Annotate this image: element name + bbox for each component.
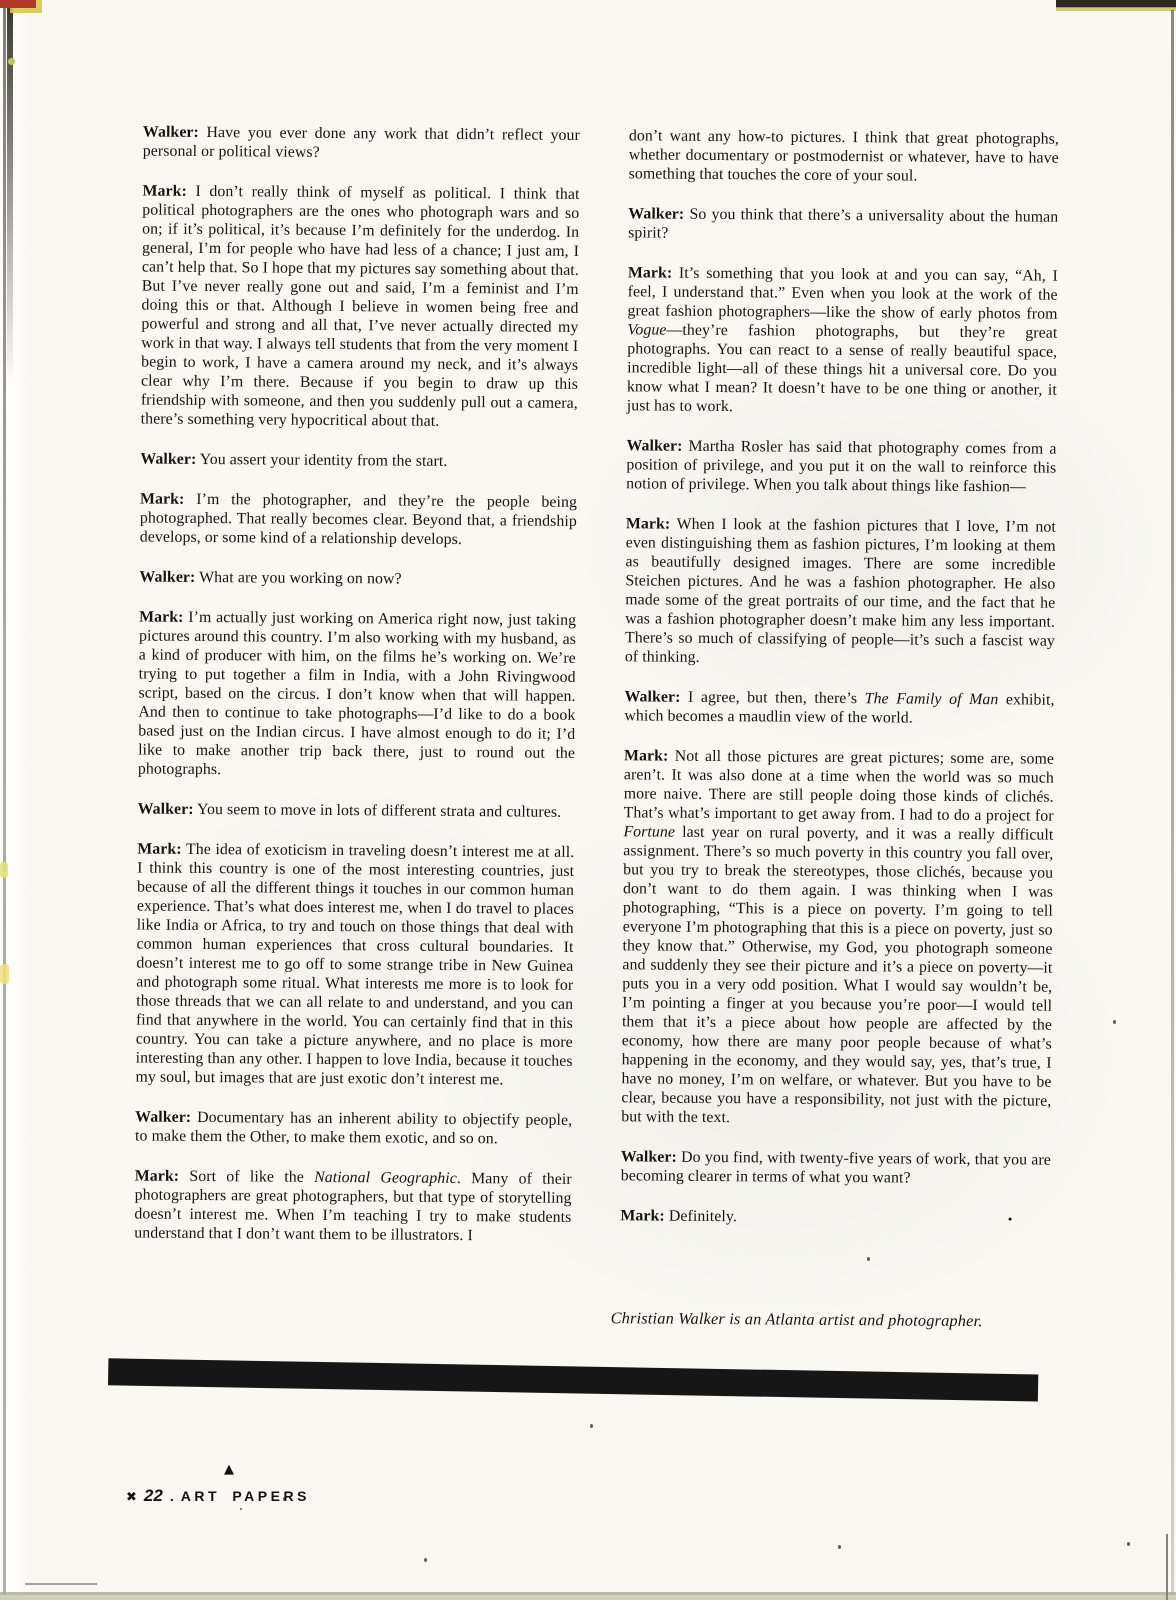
speaker-label: Walker: [139, 568, 195, 585]
author-credit: Christian Walker is an Atlanta artist an… [611, 1308, 1056, 1331]
body-text: —they’re fashion photographs, but they’r… [627, 322, 1058, 416]
dialogue-paragraph: Mark: Sort of like the National Geograph… [134, 1166, 572, 1245]
column-right: don’t want any how-to pictures. I think … [620, 126, 1059, 1249]
body-text: The idea of exoticism in traveling doesn… [135, 841, 574, 1089]
body-text: Have you ever done any work that didn’t … [143, 124, 580, 161]
speaker-label: Mark: [620, 1207, 665, 1224]
speaker-label: Walker: [621, 1148, 677, 1165]
body-text: You seem to move in lots of different st… [194, 801, 562, 821]
body-text: Martha Rosler has said that photography … [626, 438, 1056, 496]
speaker-label: Mark: [135, 1167, 180, 1184]
body-text: Documentary has an inherent ability to o… [135, 1109, 572, 1147]
dialogue-paragraph: Walker: So you think that there’s a univ… [628, 204, 1058, 245]
x-mark-icon: ✖ [126, 1490, 137, 1505]
dialogue-paragraph: Mark: The idea of exoticism in traveling… [135, 839, 574, 1089]
body-text: Not all those pictures are great picture… [624, 748, 1055, 825]
dialogue-paragraph: Walker: You assert your identity from th… [140, 449, 577, 471]
speaker-label: Walker: [624, 688, 680, 705]
speaker-label: Mark: [137, 840, 182, 857]
speaker-label: Mark: [142, 183, 187, 200]
black-divider-bar [108, 1358, 1038, 1401]
body-text: I’m actually just working on America rig… [138, 609, 576, 778]
dialogue-paragraph: Mark: When I look at the fashion picture… [625, 514, 1056, 669]
speaker-label: Mark: [139, 608, 184, 625]
body-text: You assert your identity from the start. [196, 451, 447, 470]
dialogue-paragraph: Mark: Definitely.• [620, 1206, 1050, 1228]
speaker-label: Walker: [135, 1108, 191, 1125]
body-text: I don’t really think of myself as politi… [141, 183, 580, 430]
scan-bottom-right-edge [1166, 1534, 1168, 1600]
body-text: So you think that there’s a universality… [628, 206, 1058, 242]
body-text: When I look at the fashion pictures that… [625, 516, 1056, 666]
speaker-label: Mark: [140, 490, 185, 507]
body-text: Sort of like the [179, 1168, 314, 1186]
dialogue-paragraph: Walker: You seem to move in lots of diff… [138, 799, 575, 821]
speaker-label: Walker: [138, 800, 194, 817]
body-text: don’t want any how-to pictures. I think … [629, 127, 1059, 184]
dialogue-paragraph: Mark: Not all those pictures are great p… [621, 746, 1054, 1129]
italic-title-text: Fortune [623, 823, 675, 840]
speaker-label: Walker: [626, 437, 682, 454]
dialogue-paragraph: Mark: I don’t really think of myself as … [141, 182, 580, 432]
dialogue-paragraph: Mark: I’m actually just working on Ameri… [138, 607, 576, 781]
footer: ✖ 22 . ART PAPERS [126, 1486, 310, 1506]
speaker-label: Mark: [624, 747, 669, 764]
body-text: What are you working on now? [195, 569, 401, 588]
italic-title-text: The Family of Man [865, 690, 999, 708]
italic-title-text: National Geographic [314, 1169, 457, 1187]
triangle-icon: ▲ [224, 1462, 234, 1477]
scanned-page: Walker: Have you ever done any work that… [0, 0, 1176, 1600]
speaker-label: Walker: [140, 450, 196, 467]
body-text: last year on rural poverty, and it was a… [621, 824, 1053, 1126]
dialogue-paragraph: Mark: I’m the photographer, and they’re … [140, 489, 577, 549]
dialogue-paragraph: Walker: What are you working on now? [139, 567, 576, 589]
body-text: Do you find, with twenty-five years of w… [621, 1149, 1051, 1187]
speaker-label: Mark: [626, 515, 671, 532]
speaker-label: Walker: [143, 124, 199, 141]
dialogue-paragraph: Walker: Have you ever done any work that… [143, 123, 580, 164]
body-text: Definitely. [665, 1208, 737, 1226]
speaker-label: Mark: [628, 264, 673, 281]
column-left: Walker: Have you ever done any work that… [134, 123, 580, 1267]
body-text: I’m the photographer, and they’re the pe… [140, 491, 577, 548]
dialogue-paragraph: Mark: It’s something that you look at an… [627, 263, 1058, 418]
continuation-paragraph: don’t want any how-to pictures. I think … [629, 126, 1059, 186]
magazine-name: ART PAPERS [181, 1488, 310, 1504]
dialogue-paragraph: Walker: I agree, but then, there’s The F… [624, 687, 1054, 728]
italic-title-text: Vogue [627, 321, 666, 338]
body-text: I agree, but then, there’s [680, 689, 864, 707]
body-text: It’s something that you look at and you … [627, 265, 1057, 323]
dialogue-paragraph: Walker: Documentary has an inherent abil… [135, 1107, 572, 1148]
article-content: Walker: Have you ever done any work that… [0, 0, 1176, 1600]
end-of-article-mark: • [1008, 1209, 1051, 1228]
dialogue-paragraph: Walker: Martha Rosler has said that phot… [626, 436, 1056, 496]
speaker-label: Walker: [628, 205, 684, 222]
dialogue-paragraph: Walker: Do you find, with twenty-five ye… [621, 1147, 1051, 1188]
page-number: 22 [144, 1486, 163, 1506]
footer-separator: . [170, 1488, 174, 1504]
